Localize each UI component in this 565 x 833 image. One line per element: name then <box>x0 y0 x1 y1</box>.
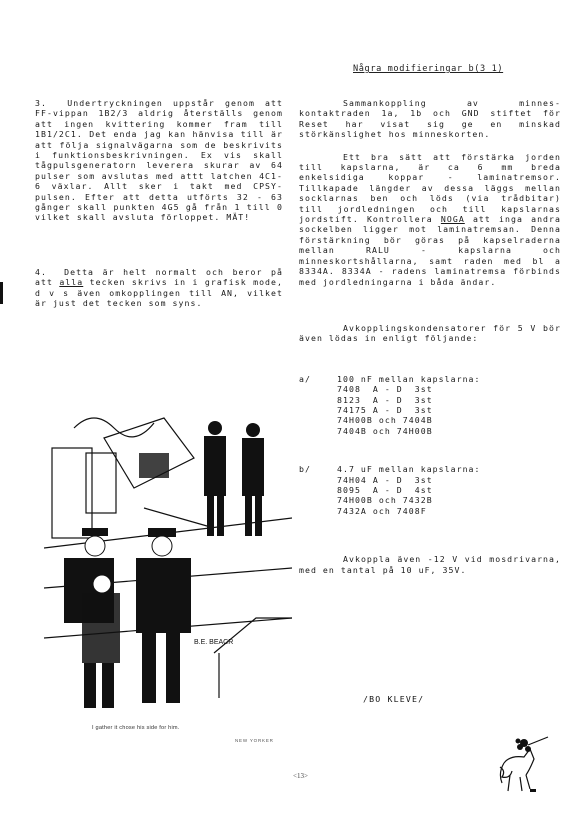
list-item: 7408 A - D 3st <box>337 384 481 394</box>
list-a: a/ 100 nF mellan kapslarna: 7408 A - D 3… <box>299 374 561 436</box>
list-item: 7432A och 7408F <box>337 506 481 516</box>
list-item: 8123 A - D 3st <box>337 395 481 405</box>
unicorn-icon <box>490 735 550 795</box>
cartoon-caption: I gather it chose his side for him. <box>92 725 180 731</box>
item-4-number: 4. <box>35 267 47 277</box>
author-signature: /BO KLEVE/ <box>363 694 424 704</box>
item-3-number: 3. <box>35 98 47 108</box>
item-4-emphasis: alla <box>59 277 83 287</box>
list-item: 74175 A - D 3st <box>337 405 481 415</box>
page-number: <13> <box>293 772 308 780</box>
list-item: 74H04 A - D 3st <box>337 475 481 485</box>
para-grounding-emphasis: NOGA <box>441 214 465 224</box>
para-reset: Sammankoppling av minnes- kontaktraden 1… <box>299 98 561 140</box>
item-3-text: Undertryckningen uppstår genom att FF-vi… <box>35 98 283 222</box>
list-b-key: b/ <box>299 464 337 516</box>
list-item: 74H00B och 7404B <box>337 415 481 425</box>
list-b: b/ 4.7 uF mellan kapslarna: 74H04 A - D … <box>299 464 561 516</box>
para-grounding-b: att inga andra sockelben ligger mot lami… <box>299 214 561 286</box>
page-title: Några modifieringar b(3 1) <box>353 64 503 74</box>
para-grounding: Ett bra sätt att förstärka jorden till k… <box>299 152 561 287</box>
item-4: 4. Detta är helt normalt och beror på at… <box>35 267 283 309</box>
list-a-key: a/ <box>299 374 337 436</box>
cartoon-credit: NEW YORKER <box>235 738 274 743</box>
list-item: 7404B och 74H00B <box>337 426 481 436</box>
para-mos-driver: Avkoppla även -12 V vid mosdrivarna, med… <box>299 554 561 575</box>
list-item: 8095 A - D 4st <box>337 485 481 495</box>
para-decoupling: Avkopplingskondensatorer för 5 V bör äve… <box>299 323 561 344</box>
list-b-heading: 4.7 uF mellan kapslarna: <box>337 464 481 474</box>
scan-edge-mark <box>0 282 3 304</box>
left-column: 3. Undertryckningen uppstår genom att FF… <box>35 98 283 309</box>
right-column: Sammankoppling av minnes- kontaktraden 1… <box>299 98 561 575</box>
list-a-heading: 100 nF mellan kapslarna: <box>337 374 481 384</box>
list-item: 74H00B och 7432B <box>337 495 481 505</box>
item-3: 3. Undertryckningen uppstår genom att FF… <box>35 98 283 223</box>
artist-signature: B.E. BEACR <box>194 639 233 646</box>
cartoon-illustration: B.E. BEACR <box>44 398 292 718</box>
